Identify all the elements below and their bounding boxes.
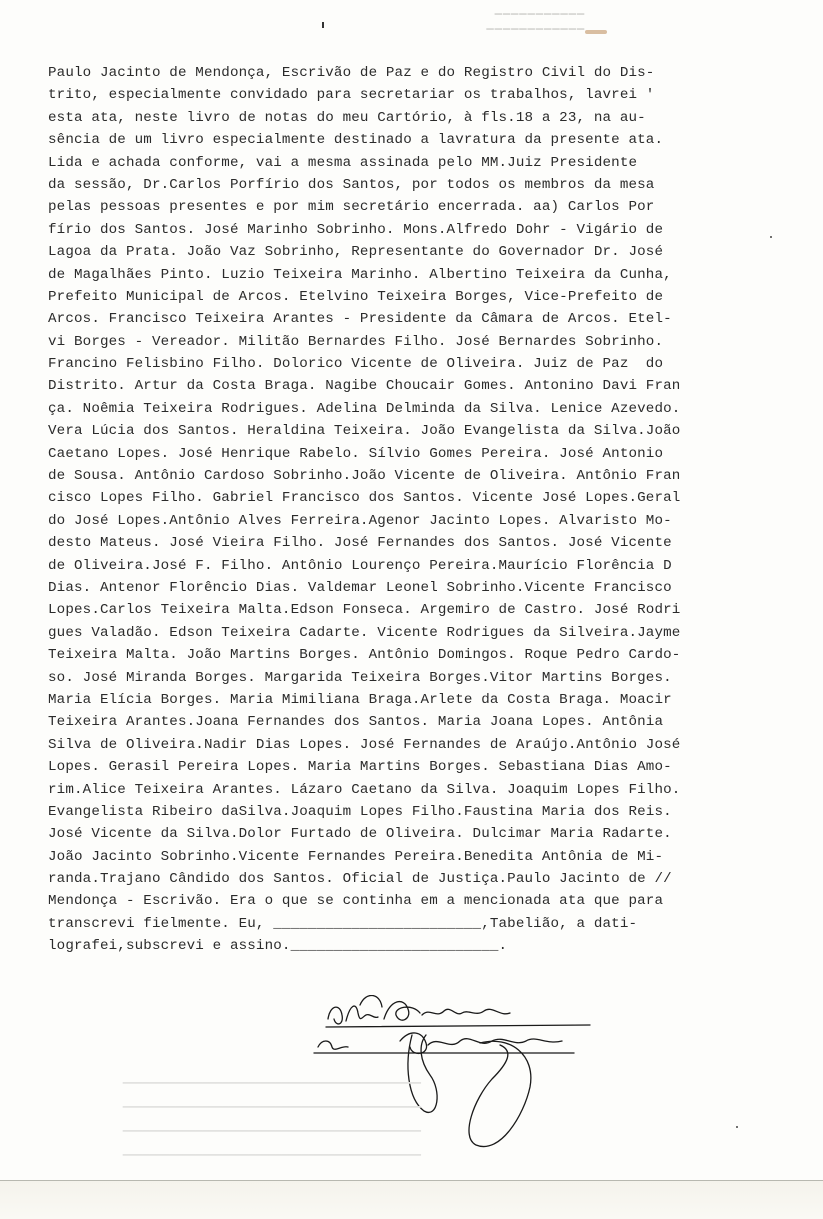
ink-speck [770, 236, 772, 238]
text-line: João Jacinto Sobrinho.Vicente Fernandes … [48, 846, 768, 868]
text-line: rim.Alice Teixeira Arantes. Lázaro Caeta… [48, 779, 768, 801]
text-line: do José Lopes.Antônio Alves Ferreira.Age… [48, 510, 768, 532]
typewritten-minutes-text: Paulo Jacinto de Mendonça, Escrivão de P… [48, 62, 768, 958]
text-line: Maria Elícia Borges. Maria Mimiliana Bra… [48, 689, 768, 711]
text-line: de Oliveira.José F. Filho. Antônio Loure… [48, 555, 768, 577]
text-line: vi Borges - Vereador. Militão Bernardes … [48, 331, 768, 353]
text-line: de Magalhães Pinto. Luzio Teixeira Marin… [48, 264, 768, 286]
text-line: gues Valadão. Edson Teixeira Cadarte. Vi… [48, 622, 768, 644]
text-line: sência de um livro especialmente destina… [48, 129, 768, 151]
text-line: Lopes. Gerasil Pereira Lopes. Maria Mart… [48, 756, 768, 778]
text-line: esta ata, neste livro de notas do meu Ca… [48, 107, 768, 129]
text-line: Vera Lúcia dos Santos. Heraldina Teixeir… [48, 420, 768, 442]
paper-stain [585, 30, 607, 34]
text-line: Mendonça - Escrivão. Era o que se contin… [48, 890, 768, 912]
text-line: Teixeira Arantes.Joana Fernandes dos San… [48, 711, 768, 733]
text-line: Silva de Oliveira.Nadir Dias Lopes. José… [48, 734, 768, 756]
paper-bottom-edge [0, 1181, 823, 1219]
text-line: Francino Felisbino Filho. Dolorico Vicen… [48, 353, 768, 375]
text-line: ça. Noêmia Teixeira Rodrigues. Adelina D… [48, 398, 768, 420]
text-line: José Vicente da Silva.Dolor Furtado de O… [48, 823, 768, 845]
bleed-through-header: ▁▁▁▁▁▁▁▁▁▁▁ ▁▁▁▁▁▁▁▁▁▁▁▁ [470, 2, 585, 32]
text-line: Prefeito Municipal de Arcos. Etelvino Te… [48, 286, 768, 308]
text-line: da sessão, Dr.Carlos Porfírio dos Santos… [48, 174, 768, 196]
text-line: Lagoa da Prata. João Vaz Sobrinho, Repre… [48, 241, 768, 263]
ink-speck [736, 1126, 738, 1128]
text-line: pelas pessoas presentes e por mim secret… [48, 196, 768, 218]
text-line: desto Mateus. José Vieira Filho. José Fe… [48, 532, 768, 554]
bleed-through-footer: ▁▁▁▁▁▁▁▁▁▁▁▁▁▁▁▁▁▁▁▁▁▁▁▁▁▁▁▁▁▁▁▁▁▁▁▁▁▁▁▁… [70, 1067, 730, 1163]
text-line: Paulo Jacinto de Mendonça, Escrivão de P… [48, 62, 768, 84]
text-line: de Sousa. Antônio Cardoso Sobrinho.João … [48, 465, 768, 487]
text-line: so. José Miranda Borges. Margarida Teixe… [48, 667, 768, 689]
text-line: trito, especialmente convidado para secr… [48, 84, 768, 106]
text-line: Arcos. Francisco Teixeira Arantes - Pres… [48, 308, 768, 330]
text-line: randa.Trajano Cândido dos Santos. Oficia… [48, 868, 768, 890]
text-line: Distrito. Artur da Costa Braga. Nagibe C… [48, 375, 768, 397]
ink-mark [322, 22, 324, 28]
text-line: transcrevi fielmente. Eu, ______________… [48, 913, 768, 935]
text-line: fírio dos Santos. José Marinho Sobrinho.… [48, 219, 768, 241]
text-line: Evangelista Ribeiro daSilva.Joaquim Lope… [48, 801, 768, 823]
text-line: Teixeira Malta. João Martins Borges. Ant… [48, 644, 768, 666]
document-page: ▁▁▁▁▁▁▁▁▁▁▁ ▁▁▁▁▁▁▁▁▁▁▁▁ Paulo Jacinto d… [0, 0, 823, 1219]
text-line: lografei,subscrevi e assino.____________… [48, 935, 768, 957]
text-line: Caetano Lopes. José Henrique Rabelo. Síl… [48, 443, 768, 465]
text-line: Dias. Antenor Florêncio Dias. Valdemar L… [48, 577, 768, 599]
text-line: cisco Lopes Filho. Gabriel Francisco dos… [48, 487, 768, 509]
text-line: Lida e achada conforme, vai a mesma assi… [48, 152, 768, 174]
text-line: Lopes.Carlos Teixeira Malta.Edson Fonsec… [48, 599, 768, 621]
